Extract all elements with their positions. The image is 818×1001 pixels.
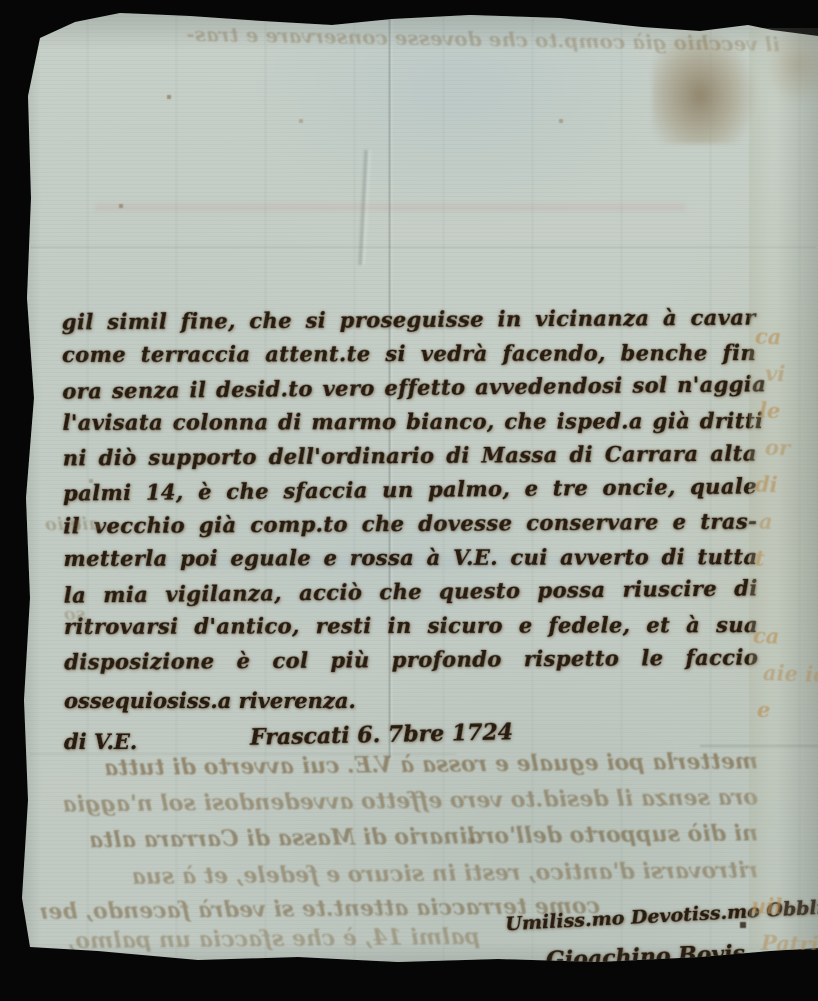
handwriting-line: gil simil fine, che si proseguisse in vi… <box>62 301 756 340</box>
ink-stain-large <box>652 28 756 144</box>
manuscript-scan: il vecchio già comp.to che dovesse conse… <box>0 0 818 1001</box>
bleedthrough-line: ora senza il desid.to vero effetto avved… <box>58 780 758 821</box>
handwriting-line: l'avisata colonna di marmo bianco, che i… <box>62 404 756 440</box>
pink-discoloration-band <box>95 204 685 211</box>
ink-stain-small <box>762 22 818 106</box>
bleedthrough-line: ritrovarsi d'antico, resti in sicuro e f… <box>58 853 758 894</box>
bleedthrough-line: metterla poi eguale e rossa à V.E. cui a… <box>58 744 758 785</box>
handwriting-line: come terraccia attent.te si vedrà facend… <box>62 336 756 372</box>
bleedthrough-margin-smudge: so <box>26 598 86 633</box>
handwriting-line: ora senza il desid.to vero effetto avved… <box>62 367 756 408</box>
bleedthrough-line: palmi 14, è che sfaccia un palmo, e tre … <box>60 920 480 958</box>
handwriting-line: la mia vigilanza, acciò che questo possa… <box>64 571 758 612</box>
signature-name: Gioachino Bovis <box>546 941 746 974</box>
letter-body: gil simil fine, che si proseguisse in vi… <box>62 301 759 680</box>
letter-page: il vecchio già comp.to che dovesse conse… <box>0 0 818 1001</box>
handwriting-line: metterla poi eguale e rossa à V.E. cui a… <box>63 540 757 576</box>
horizontal-crease-upper <box>30 246 816 250</box>
foxing-specks <box>0 0 2 2</box>
bleedthrough-line: ni diò supporto dell'ordinario di Massa … <box>58 816 758 857</box>
handwriting-line: disposizione è col più profondo rispetto… <box>64 641 758 680</box>
closing-formula: ossequiosiss.a riverenza. <box>64 688 356 713</box>
bleedthrough-margin-smudge: aie io <box>30 508 100 543</box>
handwriting-line: il vecchio già comp.to che dovesse conse… <box>63 505 757 544</box>
place-date-line: Frascati 6. 7bre 1724 <box>250 719 514 751</box>
handwriting-line: ritrovarsi d'antico, resti in sicuro e f… <box>64 608 758 644</box>
